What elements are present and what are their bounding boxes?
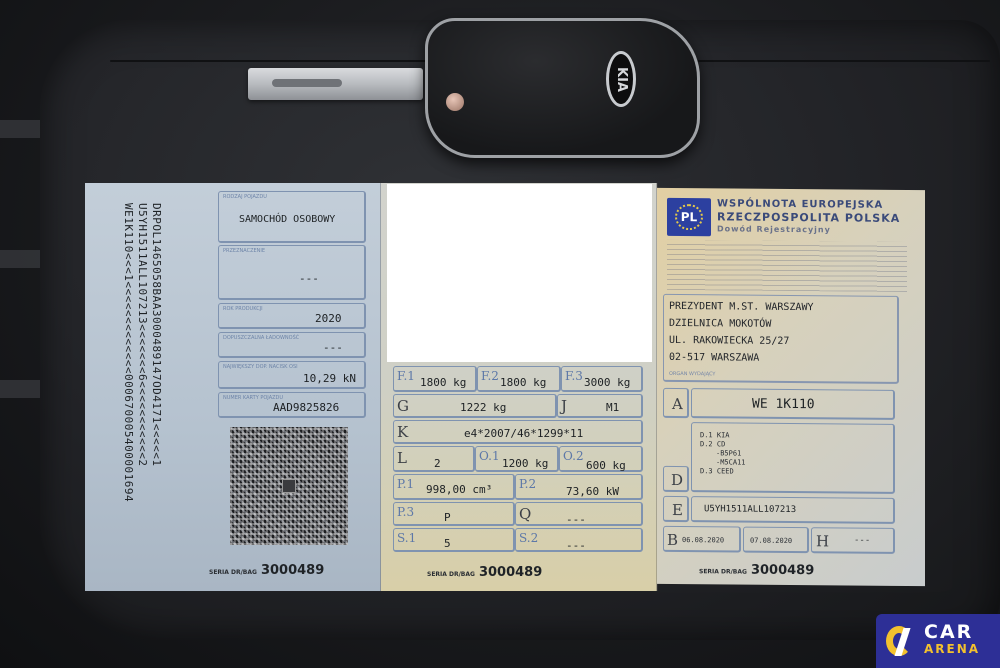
- field-purpose: PRZEZNACZENIE ---: [218, 245, 366, 300]
- field-first-registration-date: B 06.08.2020: [663, 526, 741, 553]
- key-fob: KIA: [425, 18, 700, 158]
- field-registration-number: WE 1K110: [691, 388, 895, 420]
- field-d-code: D: [663, 466, 689, 492]
- serial-number: SERIA DR/BAG3000489: [427, 561, 542, 580]
- logo-text-car: CAR: [924, 624, 980, 641]
- field-a-code: A: [663, 388, 689, 418]
- field-f1: F.1 1800 kg: [393, 366, 477, 392]
- document-panel-left: DRPOL1465058BAA3000489147OD4171<<<<<1 U5…: [85, 183, 381, 591]
- field-make-model: D.1 KIA D.2 CD -B5P61 -M5CA11 D.3 CEED: [691, 422, 895, 494]
- field-s1: S.1 5: [393, 528, 515, 552]
- field-l: L 2: [393, 446, 475, 472]
- header-country: RZECZPOSPOLITA POLSKA: [717, 210, 900, 225]
- field-p2: P.2 73,60 kW: [515, 474, 643, 500]
- mrz-line: U5YH1511ALL107213<<<<<<<6<<<<<<<<<<<2: [136, 203, 149, 467]
- field-payload: DOPUSZCZALNA ŁADOWNOŚĆ ---: [218, 332, 366, 358]
- mrz-zone: DRPOL1465058BAA3000489147OD4171<<<<<1 U5…: [115, 203, 175, 583]
- logo-text-arena: ARENA: [924, 641, 980, 658]
- serial-number: SERIA DR/BAG3000489: [699, 558, 814, 578]
- field-j: J M1: [557, 394, 643, 418]
- field-q: Q ---: [515, 502, 643, 526]
- issuer-address: PREZYDENT M.ST. WARSZAWY DZIELNICA MOKOT…: [669, 298, 814, 384]
- field-axle-load: NAJWIĘKSZY DOP. NACISK OSI 10,29 kN: [218, 361, 366, 389]
- field-vin: U5YH1511ALL107213: [691, 496, 895, 524]
- car-arena-logo-icon: [886, 626, 916, 656]
- eu-flag-icon: PL: [667, 198, 711, 236]
- key-blade: [248, 68, 423, 100]
- header-document-title: Dowód Rejestracyjny: [717, 224, 831, 234]
- field-production-year: ROK PRODUKCJI 2020: [218, 303, 366, 329]
- field-p3: P.3 P: [393, 502, 515, 526]
- field-p1: P.1 998,00 cm³: [393, 474, 515, 500]
- field-issue-date: 07.08.2020: [743, 527, 809, 554]
- kia-logo-icon: KIA: [606, 51, 636, 107]
- qr-code: [230, 427, 348, 545]
- fine-print: [667, 240, 907, 292]
- field-s2: S.2 ---: [515, 528, 643, 552]
- field-h: H ---: [811, 527, 895, 554]
- field-f2: F.2 1800 kg: [477, 366, 561, 392]
- field-o2: O.2 600 kg: [559, 446, 643, 472]
- fob-release-button: [446, 93, 464, 111]
- field-e-code: E: [663, 496, 689, 522]
- serial-number: SERIA DR/BAG3000489: [209, 559, 324, 578]
- document-panel-right: PL WSPÓLNOTA EUROPEJSKA RZECZPOSPOLITA P…: [657, 188, 925, 586]
- field-vehicle-type: RODZAJ POJAZDU SAMOCHÓD OSOBOWY: [218, 191, 366, 243]
- car-arena-logo: CAR ARENA: [876, 614, 1000, 668]
- field-f3: F.3 3000 kg: [561, 366, 643, 392]
- field-o1: O.1 1200 kg: [475, 446, 559, 472]
- redaction-block: [387, 184, 652, 362]
- field-k: K e4*2007/46*1299*11: [393, 420, 643, 444]
- header-eu: WSPÓLNOTA EUROPEJSKA: [717, 198, 883, 210]
- field-vehicle-card-number: NUMER KARTY POJAZDU AAD9825826: [218, 392, 366, 418]
- mrz-line: WE1K110<<<1<<<<<<<<<<<<<0006700054000016…: [122, 203, 135, 502]
- field-g: G 1222 kg: [393, 394, 557, 418]
- mrz-line: DRPOL1465058BAA3000489147OD4171<<<<<1: [150, 203, 163, 467]
